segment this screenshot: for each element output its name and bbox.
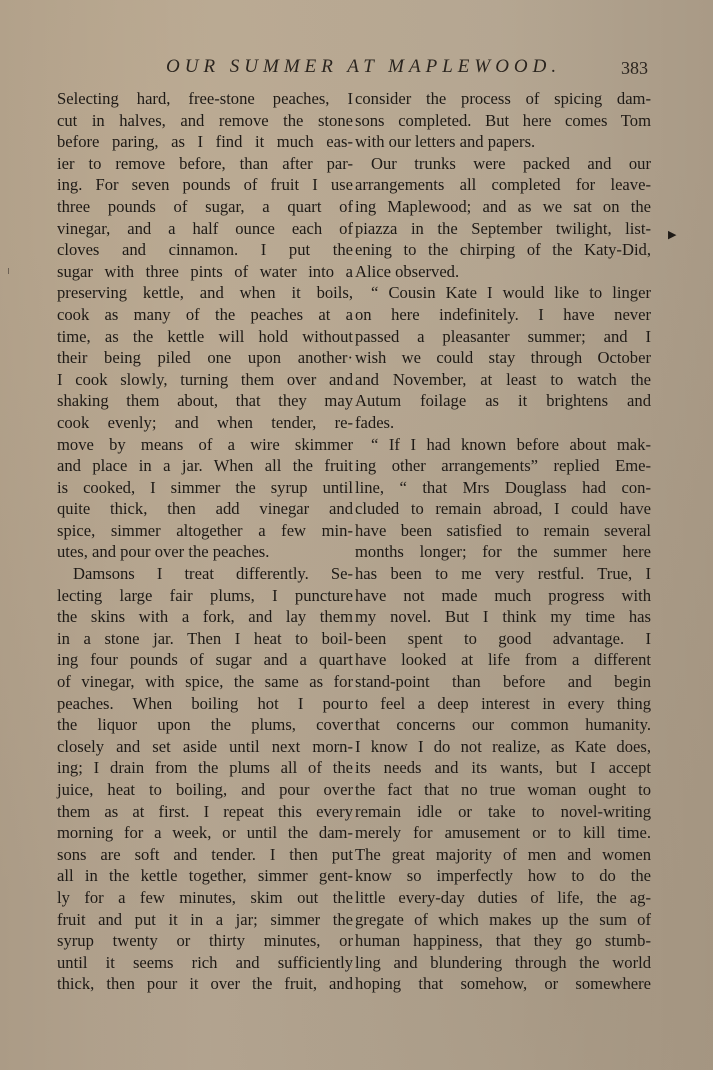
text-line: preserving kettle, and when it boils, — [57, 282, 353, 304]
text-line: peaches. When boiling hot I pour — [57, 693, 353, 715]
text-line: merely for amusement or to kill time. — [355, 822, 651, 844]
text-line: ing Maplewood; and as we sat on the — [355, 196, 651, 218]
text-line: ling and blundering through the world — [355, 952, 651, 974]
text-line: lecting large fair plums, I puncture — [57, 585, 353, 607]
text-line: spice, simmer altogether a few min- — [57, 520, 353, 542]
text-line: Alice observed. — [355, 261, 651, 283]
text-line: to feel a deep interest in every thing — [355, 693, 651, 715]
paragraph-start: Damsons I treat differently. Se- — [57, 563, 353, 585]
text-line: cook as many of the peaches at a — [57, 304, 353, 326]
text-line: I know I do not realize, as Kate does, — [355, 736, 651, 758]
text-line: before paring, as I find it much eas- — [57, 131, 353, 153]
text-line: gregate of which makes up the sum of — [355, 909, 651, 931]
text-line: in a stone jar. Then I heat to boil- — [57, 628, 353, 650]
text-line: cluded to remain abroad, I could have — [355, 498, 651, 520]
text-line: ing other arrangements” replied Eme- — [355, 455, 651, 477]
text-line: juice, heat to boiling, and pour over — [57, 779, 353, 801]
text-line: and place in a jar. When all the fruit — [57, 455, 353, 477]
text-line: ly for a few minutes, skim out the — [57, 887, 353, 909]
text-line: shaking them about, that they may — [57, 390, 353, 412]
text-line: of vinegar, with spice, the same as for — [57, 671, 353, 693]
text-line: human happiness, that they go stumb- — [355, 930, 651, 952]
margin-tick-mark — [8, 268, 9, 274]
text-line: fruit and put it in a jar; simmer the — [57, 909, 353, 931]
text-line: passed a pleasanter summer; and I — [355, 326, 651, 348]
text-line: morning for a week, or until the dam- — [57, 822, 353, 844]
text-line: cut in halves, and remove the stone — [57, 110, 353, 132]
text-line: Autum foilage as it brightens and — [355, 390, 651, 412]
text-line: ing four pounds of sugar and a quart — [57, 649, 353, 671]
text-line: piazza in the September twilight, list- — [355, 218, 651, 240]
text-line: ing. For seven pounds of fruit I use — [57, 174, 353, 196]
text-line: have not made much progress with — [355, 585, 651, 607]
text-line: on here indefinitely. I have never — [355, 304, 651, 326]
text-line: the fact that no true woman ought to — [355, 779, 651, 801]
text-line: cloves and cinnamon. I put the — [57, 239, 353, 261]
text-line: move by means of a wire skimmer — [57, 434, 353, 456]
text-line: I cook slowly, turning them over and — [57, 369, 353, 391]
text-line: little every-day duties of life, the ag- — [355, 887, 651, 909]
paragraph-start: “ If I had known before about mak- — [355, 434, 651, 456]
text-line: been spent to good advantage. I — [355, 628, 651, 650]
text-line: its needs and its wants, but I accept — [355, 757, 651, 779]
text-line: stand-point than before and begin — [355, 671, 651, 693]
text-line: syrup twenty or thirty minutes, or — [57, 930, 353, 952]
page-number: 383 — [621, 58, 648, 79]
text-line: ier to remove before, than after par- — [57, 153, 353, 175]
text-line: have looked at life from a different — [355, 649, 651, 671]
text-line: Selecting hard, free-stone peaches, I — [57, 88, 353, 110]
text-line: my novel. But I think my time has — [355, 606, 651, 628]
text-line: and November, at least to watch the — [355, 369, 651, 391]
book-page: OUR SUMMER AT MAPLEWOOD. 383 Selecting h… — [0, 0, 713, 1070]
text-line: line, “ that Mrs Douglass had con- — [355, 477, 651, 499]
text-line: their being piled one upon another· — [57, 347, 353, 369]
text-line: all in the kettle together, simmer gent- — [57, 865, 353, 887]
text-line: the skins with a fork, and lay them — [57, 606, 353, 628]
running-title: OUR SUMMER AT MAPLEWOOD. — [166, 56, 561, 78]
text-line: hoping that somehow, or somewhere — [355, 973, 651, 995]
text-line: months longer; for the summer here — [355, 541, 651, 563]
text-line: The great majority of men and women — [355, 844, 651, 866]
text-line: remain idle or take to novel-writing — [355, 801, 651, 823]
text-line: cook evenly; and when tender, re- — [57, 412, 353, 434]
text-line: sons completed. But here comes Tom — [355, 110, 651, 132]
text-line: know so imperfectly how to do the — [355, 865, 651, 887]
text-line: with our letters and papers. — [355, 131, 651, 153]
text-line: utes, and pour over the peaches. — [57, 541, 353, 563]
text-line: thick, then pour it over the fruit, and — [57, 973, 353, 995]
text-line: three pounds of sugar, a quart of — [57, 196, 353, 218]
text-line: have been satisfied to remain several — [355, 520, 651, 542]
text-line: has been to me very restful. True, I — [355, 563, 651, 585]
text-line: them as at first. I repeat this every — [57, 801, 353, 823]
text-line: ing; I drain from the plums all of the — [57, 757, 353, 779]
left-column: Selecting hard, free-stone peaches, I cu… — [57, 88, 353, 995]
paragraph-start: “ Cousin Kate I would like to linger — [355, 282, 651, 304]
margin-pointer-icon: ▶ — [668, 228, 676, 241]
text-line: sons are soft and tender. I then put — [57, 844, 353, 866]
text-line: fades. — [355, 412, 651, 434]
paragraph-start: Our trunks were packed and our — [355, 153, 651, 175]
text-line: vinegar, and a half ounce each of — [57, 218, 353, 240]
text-line: ening to the chirping of the Katy-Did, — [355, 239, 651, 261]
text-line: wish we could stay through October — [355, 347, 651, 369]
text-line: quite thick, then add vinegar and — [57, 498, 353, 520]
text-line: is cooked, I simmer the syrup until — [57, 477, 353, 499]
text-line: until it seems rich and sufficiently — [57, 952, 353, 974]
text-line: sugar with three pints of water into a — [57, 261, 353, 283]
text-line: time, as the kettle will hold without — [57, 326, 353, 348]
right-column: consider the process of spicing dam- son… — [355, 88, 651, 995]
text-line: consider the process of spicing dam- — [355, 88, 651, 110]
text-line: closely and set aside until next morn- — [57, 736, 353, 758]
text-line: that concerns our common humanity. — [355, 714, 651, 736]
page-header: OUR SUMMER AT MAPLEWOOD. 383 — [160, 56, 660, 84]
text-line: the liquor upon the plums, cover — [57, 714, 353, 736]
text-line: arrangements all completed for leave- — [355, 174, 651, 196]
